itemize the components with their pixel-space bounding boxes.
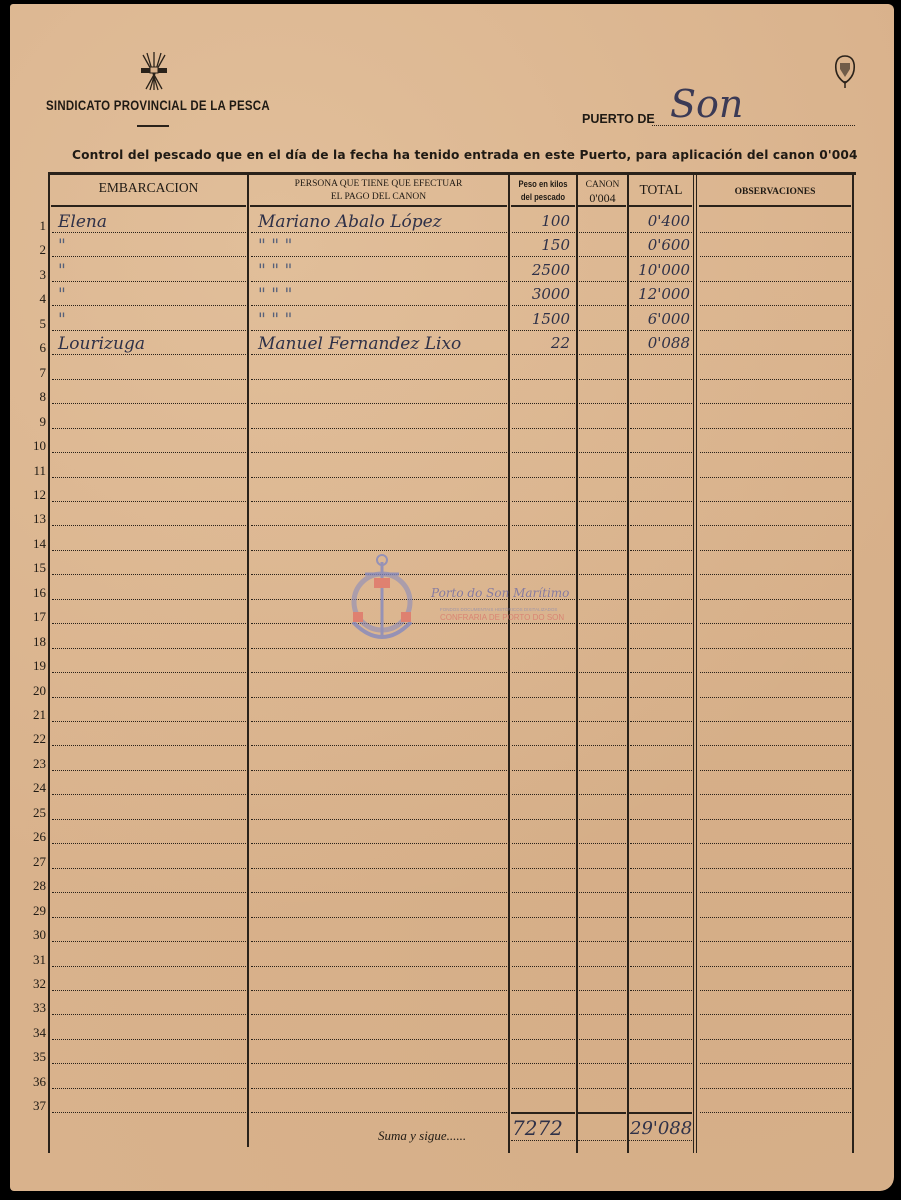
row-dotted-line (52, 672, 246, 673)
row-number: 14 (22, 536, 46, 552)
row-dotted-line (512, 892, 575, 893)
row-dotted-line (579, 574, 626, 575)
row-dotted-line (579, 428, 626, 429)
row-dotted-line (630, 501, 692, 502)
row-dotted-line (52, 256, 246, 257)
row-number: 37 (22, 1098, 46, 1114)
row-dotted-line (52, 941, 246, 942)
row-dotted-line (579, 697, 626, 698)
row-number: 25 (22, 805, 46, 821)
row-dotted-line (251, 721, 507, 722)
row-dotted-line (579, 256, 626, 257)
row-dotted-line (630, 599, 692, 600)
row-dotted-line (512, 281, 575, 282)
row-dotted-line (700, 648, 851, 649)
row-dotted-line (52, 843, 246, 844)
row-number: 32 (22, 976, 46, 992)
header-canon: CANON 0'004 (578, 179, 627, 205)
row-dotted-line (251, 256, 507, 257)
row-dotted-line (251, 477, 507, 478)
row-dotted-line (512, 1063, 575, 1064)
row-number: 3 (22, 267, 46, 283)
row-number: 10 (22, 438, 46, 454)
row-dotted-line (579, 721, 626, 722)
row-dotted-line (579, 819, 626, 820)
organization-name: SINDICATO PROVINCIAL DE LA PESCA (46, 98, 270, 113)
row-number: 21 (22, 707, 46, 723)
puerto-value: Son (670, 82, 743, 126)
row-dotted-line (630, 477, 692, 478)
row-dotted-line (579, 648, 626, 649)
row-dotted-line (700, 794, 851, 795)
row-dotted-line (630, 917, 692, 918)
row-dotted-line (700, 1014, 851, 1015)
row-dotted-line (512, 428, 575, 429)
cell-peso: 100 (512, 212, 570, 230)
row-number: 33 (22, 1000, 46, 1016)
row-dotted-line (52, 648, 246, 649)
row-dotted-line (630, 1014, 692, 1015)
row-dotted-line (579, 1088, 626, 1089)
row-number: 11 (22, 463, 46, 479)
row-dotted-line (251, 966, 507, 967)
row-dotted-line (579, 1039, 626, 1040)
row-number: 8 (22, 389, 46, 405)
row-dotted-line (52, 770, 246, 771)
row-dotted-line (579, 452, 626, 453)
row-dotted-line (512, 941, 575, 942)
row-dotted-line (512, 745, 575, 746)
row-dotted-line (630, 868, 692, 869)
row-dotted-line (251, 330, 507, 331)
anchor-lifebuoy-icon (345, 552, 420, 652)
footer-peso-total: 7272 (512, 1116, 563, 1140)
row-dotted-line (700, 843, 851, 844)
row-dotted-line (579, 232, 626, 233)
row-dotted-line (512, 794, 575, 795)
row-dotted-line (579, 966, 626, 967)
row-number: 22 (22, 731, 46, 747)
footer-rule (578, 1112, 626, 1114)
row-number: 15 (22, 560, 46, 576)
row-dotted-line (512, 256, 575, 257)
row-dotted-line (512, 672, 575, 673)
row-dotted-line (512, 868, 575, 869)
row-dotted-line (251, 550, 507, 551)
row-dotted-line (251, 1014, 507, 1015)
watermark-subtitle: FONDOS DOCUMENTAIS HISTÓRICOS DIXITALIZA… (440, 607, 557, 612)
organization-underline (137, 125, 169, 127)
row-dotted-line (579, 379, 626, 380)
column-divider (693, 175, 694, 1153)
row-dotted-line (251, 697, 507, 698)
row-dotted-line (579, 794, 626, 795)
footer-rule (511, 1112, 575, 1114)
row-dotted-line (579, 917, 626, 918)
column-divider (247, 175, 249, 1147)
row-dotted-line (700, 501, 851, 502)
row-dotted-line (700, 966, 851, 967)
row-dotted-line (251, 403, 507, 404)
row-dotted-line (52, 232, 246, 233)
row-dotted-line (579, 281, 626, 282)
row-dotted-line (579, 354, 626, 355)
row-dotted-line (251, 281, 507, 282)
cell-total: 10'000 (636, 261, 690, 279)
row-dotted-line (700, 232, 851, 233)
header-observaciones: OBSERVACIONES (698, 187, 852, 197)
row-number: 26 (22, 829, 46, 845)
cell-total: 6'000 (636, 310, 690, 328)
cell-peso: 1500 (512, 310, 570, 328)
row-dotted-line (700, 623, 851, 624)
row-dotted-line (630, 1039, 692, 1040)
row-dotted-line (700, 868, 851, 869)
row-dotted-line (251, 452, 507, 453)
row-dotted-line (512, 721, 575, 722)
row-number: 13 (22, 511, 46, 527)
row-dotted-line (512, 1039, 575, 1040)
row-dotted-line (251, 941, 507, 942)
row-dotted-line (700, 990, 851, 991)
row-dotted-line (630, 305, 692, 306)
row-dotted-line (52, 330, 246, 331)
row-dotted-line (579, 1063, 626, 1064)
row-number: 23 (22, 756, 46, 772)
row-dotted-line (251, 794, 507, 795)
row-dotted-line (630, 966, 692, 967)
row-dotted-line (579, 330, 626, 331)
row-dotted-line (700, 256, 851, 257)
header-persona-line1: PERSONA QUE TIENE QUE EFECTUAR (249, 178, 508, 191)
row-dotted-line (630, 819, 692, 820)
row-dotted-line (579, 501, 626, 502)
cell-embarcacion: " (58, 285, 66, 305)
row-dotted-line (700, 281, 851, 282)
row-dotted-line (630, 256, 692, 257)
row-dotted-line (512, 550, 575, 551)
row-dotted-line (630, 281, 692, 282)
row-dotted-line (52, 697, 246, 698)
cell-persona: " " " (258, 285, 292, 305)
row-dotted-line (630, 770, 692, 771)
row-dotted-line (700, 305, 851, 306)
row-dotted-line (630, 990, 692, 991)
row-dotted-line (512, 305, 575, 306)
row-dotted-line (52, 990, 246, 991)
row-dotted-line (700, 599, 851, 600)
watermark-title: Porto do Son Marítimo (431, 586, 569, 600)
row-dotted-line (251, 1039, 507, 1040)
cell-total: 0'600 (636, 236, 690, 254)
row-number: 31 (22, 952, 46, 968)
row-dotted-line (251, 917, 507, 918)
row-dotted-line (251, 770, 507, 771)
row-dotted-line (630, 574, 692, 575)
header-embarcacion: EMBARCACION (50, 180, 247, 196)
row-dotted-line (700, 1063, 851, 1064)
footer-dotline (578, 1140, 626, 1141)
row-dotted-line (52, 892, 246, 893)
row-number: 17 (22, 609, 46, 625)
row-number: 12 (22, 487, 46, 503)
row-number: 18 (22, 634, 46, 650)
row-dotted-line (512, 232, 575, 233)
row-number: 2 (22, 242, 46, 258)
row-dotted-line (52, 379, 246, 380)
row-dotted-line (52, 745, 246, 746)
row-dotted-line (52, 623, 246, 624)
row-dotted-line (700, 941, 851, 942)
cell-peso: 22 (512, 334, 570, 352)
column-divider (696, 175, 697, 1153)
row-dotted-line (700, 697, 851, 698)
row-number: 9 (22, 414, 46, 430)
row-dotted-line (512, 525, 575, 526)
row-dotted-line (700, 892, 851, 893)
row-dotted-line (512, 697, 575, 698)
seal-shield-icon (834, 55, 856, 89)
row-dotted-line (251, 672, 507, 673)
row-dotted-line (251, 1088, 507, 1089)
row-dotted-line (251, 379, 507, 380)
row-dotted-line (52, 917, 246, 918)
row-dotted-line (630, 892, 692, 893)
row-number: 6 (22, 340, 46, 356)
row-number: 36 (22, 1074, 46, 1090)
row-dotted-line (579, 525, 626, 526)
row-number: 16 (22, 585, 46, 601)
row-dotted-line (700, 330, 851, 331)
archive-watermark: Porto do Son Marítimo FONDOS DOCUMENTAIS… (345, 552, 585, 652)
row-dotted-line (512, 917, 575, 918)
cell-peso: 2500 (512, 261, 570, 279)
row-dotted-line (52, 281, 246, 282)
footer-dotline (629, 1140, 692, 1141)
row-dotted-line (251, 501, 507, 502)
cell-total: 12'000 (636, 285, 690, 303)
row-number: 24 (22, 780, 46, 796)
row-dotted-line (700, 721, 851, 722)
row-dotted-line (630, 403, 692, 404)
row-number: 20 (22, 683, 46, 699)
column-divider (627, 175, 629, 1153)
row-dotted-line (52, 525, 246, 526)
row-dotted-line (251, 232, 507, 233)
header-peso-line1: Peso en kilos (515, 178, 571, 191)
header-peso-line2: del pescado (515, 191, 571, 204)
row-dotted-line (630, 232, 692, 233)
cell-peso: 3000 (512, 285, 570, 303)
column-divider (508, 175, 510, 1153)
header-peso: Peso en kilos del pescado (515, 178, 571, 204)
row-dotted-line (700, 1039, 851, 1040)
row-number: 7 (22, 365, 46, 381)
header-persona-line2: EL PAGO DEL CANON (249, 191, 508, 204)
row-dotted-line (630, 623, 692, 624)
row-dotted-line (630, 550, 692, 551)
table-top-rule (48, 172, 856, 175)
row-number: 27 (22, 854, 46, 870)
row-dotted-line (700, 1112, 851, 1113)
cell-total: 0'088 (636, 334, 690, 352)
row-number: 35 (22, 1049, 46, 1065)
row-dotted-line (700, 1088, 851, 1089)
cell-persona: Mariano Abalo López (258, 212, 442, 232)
row-dotted-line (700, 819, 851, 820)
row-dotted-line (630, 697, 692, 698)
row-dotted-line (700, 917, 851, 918)
footer-total: 29'088 (630, 1118, 692, 1139)
row-dotted-line (700, 403, 851, 404)
row-dotted-line (52, 403, 246, 404)
row-dotted-line (630, 452, 692, 453)
row-dotted-line (630, 354, 692, 355)
row-dotted-line (579, 770, 626, 771)
row-number: 4 (22, 291, 46, 307)
footer-rule (629, 1112, 692, 1114)
row-dotted-line (512, 330, 575, 331)
header-persona: PERSONA QUE TIENE QUE EFECTUAR EL PAGO D… (249, 178, 508, 204)
row-dotted-line (512, 501, 575, 502)
cell-embarcacion: " (58, 261, 66, 281)
row-dotted-line (579, 599, 626, 600)
row-dotted-line (251, 990, 507, 991)
row-dotted-line (579, 990, 626, 991)
cell-total: 0'400 (636, 212, 690, 230)
row-dotted-line (630, 672, 692, 673)
cell-peso: 150 (512, 236, 570, 254)
row-dotted-line (630, 794, 692, 795)
yoke-arrows-emblem-icon (138, 50, 170, 92)
row-dotted-line (700, 525, 851, 526)
row-dotted-line (630, 379, 692, 380)
row-dotted-line (251, 892, 507, 893)
row-dotted-line (52, 1014, 246, 1015)
table-left-border (48, 175, 50, 1153)
row-dotted-line (512, 1014, 575, 1015)
row-number: 5 (22, 316, 46, 332)
header-rule (629, 205, 692, 207)
row-dotted-line (630, 648, 692, 649)
row-number: 29 (22, 903, 46, 919)
header-rule (699, 205, 851, 207)
row-dotted-line (52, 501, 246, 502)
row-dotted-line (630, 1063, 692, 1064)
cell-persona: Manuel Fernandez Lixo (258, 334, 461, 354)
row-number: 28 (22, 878, 46, 894)
row-dotted-line (52, 550, 246, 551)
row-dotted-line (700, 477, 851, 478)
row-dotted-line (579, 672, 626, 673)
row-dotted-line (52, 1112, 246, 1113)
row-number: 1 (22, 218, 46, 234)
puerto-label: PUERTO DE (582, 112, 655, 126)
form-subtitle: Control del pescado que en el día de la … (72, 148, 858, 162)
row-dotted-line (251, 428, 507, 429)
row-dotted-line (579, 843, 626, 844)
row-dotted-line (251, 525, 507, 526)
row-dotted-line (52, 477, 246, 478)
row-dotted-line (52, 452, 246, 453)
row-dotted-line (52, 966, 246, 967)
row-dotted-line (52, 868, 246, 869)
cell-persona: " " " (258, 236, 292, 256)
row-dotted-line (251, 745, 507, 746)
row-dotted-line (52, 305, 246, 306)
row-dotted-line (52, 794, 246, 795)
row-dotted-line (512, 990, 575, 991)
row-number: 19 (22, 658, 46, 674)
row-dotted-line (579, 305, 626, 306)
row-dotted-line (630, 941, 692, 942)
row-number: 30 (22, 927, 46, 943)
row-dotted-line (251, 1063, 507, 1064)
row-dotted-line (630, 721, 692, 722)
row-dotted-line (700, 452, 851, 453)
row-dotted-line (700, 574, 851, 575)
cell-embarcacion: Lourizuga (58, 334, 145, 354)
row-dotted-line (52, 1063, 246, 1064)
header-canon-line2: 0'004 (578, 192, 627, 205)
row-dotted-line (52, 574, 246, 575)
row-dotted-line (579, 892, 626, 893)
row-dotted-line (512, 452, 575, 453)
row-dotted-line (251, 305, 507, 306)
cell-embarcacion: " (58, 310, 66, 330)
row-dotted-line (579, 550, 626, 551)
row-dotted-line (579, 403, 626, 404)
row-dotted-line (512, 1088, 575, 1089)
row-dotted-line (579, 941, 626, 942)
header-rule (51, 205, 246, 207)
row-dotted-line (251, 868, 507, 869)
cell-embarcacion: " (58, 236, 66, 256)
header-rule (511, 205, 575, 207)
row-dotted-line (251, 819, 507, 820)
row-dotted-line (251, 1112, 507, 1113)
row-dotted-line (512, 379, 575, 380)
row-dotted-line (52, 819, 246, 820)
suma-y-sigue-label: Suma y sigue...... (378, 1128, 466, 1144)
row-dotted-line (700, 550, 851, 551)
row-dotted-line (700, 672, 851, 673)
cell-embarcacion: Elena (58, 212, 107, 232)
row-dotted-line (512, 819, 575, 820)
row-dotted-line (700, 745, 851, 746)
watermark-confraria: CONFRARIA DE PORTO DO SON (440, 613, 564, 622)
header-rule (578, 205, 626, 207)
row-dotted-line (579, 868, 626, 869)
row-dotted-line (512, 966, 575, 967)
row-dotted-line (52, 721, 246, 722)
row-dotted-line (512, 354, 575, 355)
row-dotted-line (579, 477, 626, 478)
header-total: TOTAL (629, 182, 693, 198)
row-dotted-line (52, 599, 246, 600)
row-number: 34 (22, 1025, 46, 1041)
cell-persona: " " " (258, 310, 292, 330)
row-dotted-line (630, 843, 692, 844)
row-dotted-line (52, 428, 246, 429)
row-dotted-line (700, 770, 851, 771)
footer-dotline (511, 1140, 575, 1141)
table-right-border (852, 175, 854, 1153)
row-dotted-line (700, 354, 851, 355)
row-dotted-line (700, 428, 851, 429)
row-dotted-line (251, 354, 507, 355)
row-dotted-line (630, 330, 692, 331)
